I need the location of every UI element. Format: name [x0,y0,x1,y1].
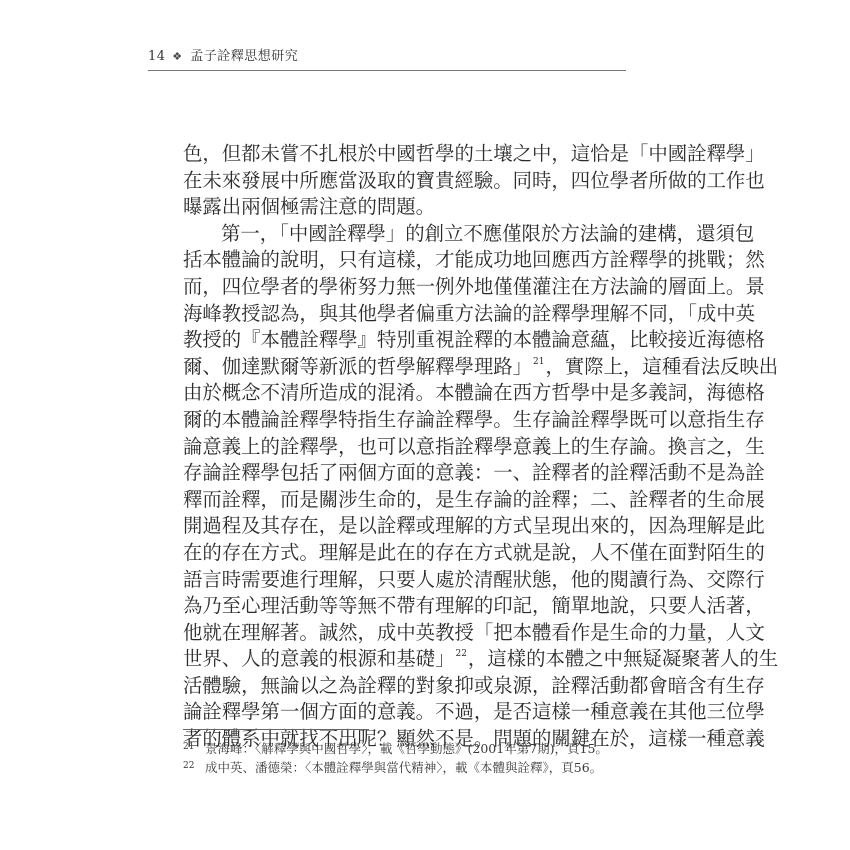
running-header: 14 ❖ 孟子詮釋思想研究 [148,47,626,69]
text-segment: 爾、伽達默爾等新派的哲學解釋學理路」 [183,355,532,378]
text-line: 海峰教授認為，與其他學者偏重方法論的詮釋學理解不同，「成中英 [183,301,631,328]
text-line: 釋而詮釋，而是關涉生命的，是生存論的詮釋；二、詮釋者的生命展 [183,487,631,514]
body-text: 色，但都未嘗不扎根於中國哲學的土壤之中，這恰是「中國詮釋學」 在未來發展中所應當… [183,141,631,753]
text-line: 第一，「中國詮釋學」的創立不應僅限於方法論的建構，還須包 [183,221,631,248]
book-title: 孟子詮釋思想研究 [190,49,298,64]
text-line: 括本體論的說明，只有這樣，才能成功地回應西方詮釋學的挑戰；然 [183,247,631,274]
text-line: 在未來發展中所應當汲取的寶貴經驗。同時，四位學者所做的工作也 [183,168,631,195]
text-segment: ，實際上，這種看法反映出 [545,355,778,378]
header-rule [148,70,626,71]
text-line: 論詮釋學第一個方面的意義。不過，是否這樣一種意義在其他三位學 [183,699,631,726]
text-line: 爾的本體論詮釋學特指生存論詮釋學。生存論詮釋學既可以意指生存 [183,407,631,434]
text-line: 他就在理解著。誠然，成中英教授「把本體看作是生命的力量，人文 [183,620,631,647]
footnote-ref-21[interactable]: 21 [533,357,544,367]
footnote-text: 景海峰：〈解釋學與中國哲學〉，載《哲學動態》(2001年第7期)，頁15。 [205,741,608,756]
text-line: 語言時需要進行理解，只要人處於清醒狀態，他的閱讀行為、交際行 [183,567,631,594]
footnote-ref-22[interactable]: 22 [455,649,466,659]
text-segment: 世界、人的意義的根源和基礎」 [183,647,454,670]
text-line: 曝露出兩個極需注意的問題。 [183,194,631,221]
text-line: 由於概念不清所造成的混淆。本體論在西方哲學中是多義詞，海德格 [183,380,631,407]
footnotes: 21景海峰：〈解釋學與中國哲學〉，載《哲學動態》(2001年第7期)，頁15。 … [183,739,623,777]
text-line: 教授的『本體詮釋學』特別重視詮釋的本體論意蘊，比較接近海德格 [183,327,631,354]
text-line: 開過程及其存在，是以詮釋或理解的方式呈現出來的，因為理解是此 [183,513,631,540]
footnote-21: 21景海峰：〈解釋學與中國哲學〉，載《哲學動態》(2001年第7期)，頁15。 [183,739,623,758]
text-line: 活體驗，無論以之為詮釋的對象抑或泉源，詮釋活動都會暗含有生存 [183,673,631,700]
footnote-text: 成中英、潘德榮：〈本體詮釋學與當代精神〉，載《本體與詮釋》，頁56。 [205,760,602,775]
text-line: 在的存在方式。理解是此在的存在方式就是說，人不僅在面對陌生的 [183,540,631,567]
text-line: 論意義上的詮釋學，也可以意指詮釋學意義上的生存論。換言之，生 [183,434,631,461]
text-segment: ，這樣的本體之中無疑凝聚著人的生 [468,647,778,670]
footnote-22: 22成中英、潘德榮：〈本體詮釋學與當代精神〉，載《本體與詮釋》，頁56。 [183,758,623,777]
text-line-with-ref: 世界、人的意義的根源和基礎」22，這樣的本體之中無疑凝聚著人的生 [183,646,631,673]
text-line: 而，四位學者的學術努力無一例外地僅僅灌注在方法論的層面上。景 [183,274,631,301]
text-line: 為乃至心理活動等等無不帶有理解的印記，簡單地說，只要人活著， [183,593,631,620]
page-number: 14 [148,49,166,64]
text-line-with-ref: 爾、伽達默爾等新派的哲學解釋學理路」21，實際上，這種看法反映出 [183,354,631,381]
diamond-ornament-icon: ❖ [172,50,182,63]
text-line: 存論詮釋學包括了兩個方面的意義：一、詮釋者的詮釋活動不是為詮 [183,460,631,487]
footnote-separator [183,729,369,730]
text-line: 色，但都未嘗不扎根於中國哲學的土壤之中，這恰是「中國詮釋學」 [183,141,631,168]
